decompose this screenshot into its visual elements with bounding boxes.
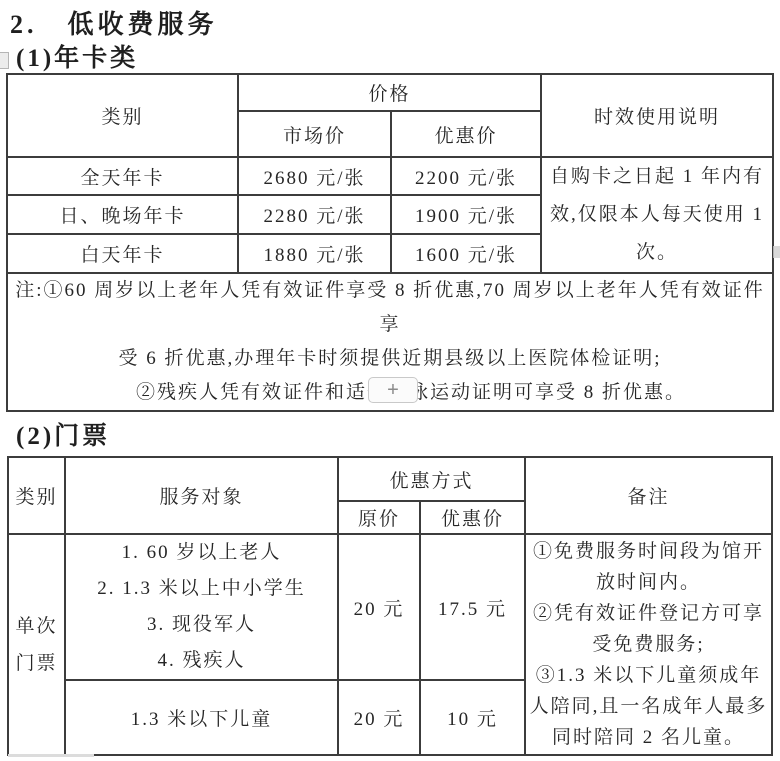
header-cell-category: 类别 <box>7 74 238 157</box>
text-line: 受免费服务; <box>526 629 771 660</box>
table-header-row: 类别 服务对象 优惠方式 备注 <box>8 457 772 501</box>
cell-original-price: 20 元 <box>338 534 420 680</box>
scan-artifact <box>8 754 94 757</box>
header-cell-original-price: 原价 <box>338 501 420 534</box>
text-line: 注:①60 周岁以上老年人凭有效证件享受 8 折优惠,70 周岁以上老年人凭有效… <box>8 274 772 342</box>
header-cell-category: 类别 <box>8 457 65 534</box>
header-cell-market-price: 市场价 <box>238 111 391 157</box>
cell-market-price: 2680 元/张 <box>238 157 391 195</box>
header-cell-discount-price: 优惠价 <box>420 501 525 534</box>
table-header-row: 类别 价格 时效使用说明 <box>7 74 773 111</box>
header-cell-price-group: 价格 <box>238 74 541 111</box>
header-cell-validity: 时效使用说明 <box>541 74 773 157</box>
text-line: ②凭有效证件登记方可享 <box>526 598 771 629</box>
text-line: ①免费服务时间段为馆开 <box>526 536 771 567</box>
table-row: 全天年卡 2680 元/张 2200 元/张 自购卡之日起 1 年内有 效,仅限… <box>7 157 773 195</box>
table-row: 单次门票 1. 60 岁以上老人 2. 1.3 米以上中小学生 3. 现役军人 … <box>8 534 772 680</box>
ticket-table: 类别 服务对象 优惠方式 备注 原价 优惠价 单次门票 1. 60 岁以上老人 … <box>7 456 773 756</box>
cell-original-price: 20 元 <box>338 680 420 755</box>
cell-service-target: 1.3 米以下儿童 <box>65 680 338 755</box>
expand-table-button[interactable]: + <box>368 377 418 403</box>
cell-discount-price: 1900 元/张 <box>391 195 541 234</box>
text-line: 放时间内。 <box>526 567 771 598</box>
header-cell-remarks: 备注 <box>525 457 772 534</box>
page-title: 2. 低收费服务 <box>10 4 218 41</box>
text-line: 人陪同,且一名成年人最多 <box>526 691 771 722</box>
cell-card-type: 日、晚场年卡 <box>7 195 238 234</box>
text-line: 受 6 折优惠,办理年卡时须提供近期县级以上医院体检证明; <box>8 342 772 376</box>
text-line: 效,仅限本人每天使用 1 <box>542 196 772 234</box>
cell-market-price: 1880 元/张 <box>238 234 391 273</box>
section2-heading: (2)门票 <box>16 416 110 452</box>
text-line: 同时陪同 2 名儿童。 <box>526 722 771 753</box>
document-page: 2. 低收费服务 (1)年卡类 类别 价格 时效使用说明 市场价 优惠价 全天年… <box>0 0 780 761</box>
header-cell-discount-method: 优惠方式 <box>338 457 525 501</box>
cell-card-type: 白天年卡 <box>7 234 238 273</box>
text-line: ③1.3 米以下儿童须成年 <box>526 660 771 691</box>
text-line: 自购卡之日起 1 年内有 <box>542 158 772 196</box>
annual-card-table: 类别 价格 时效使用说明 市场价 优惠价 全天年卡 2680 元/张 2200 … <box>6 73 774 412</box>
scan-artifact <box>773 246 780 258</box>
list-item: 1. 60 岁以上老人 <box>66 535 337 571</box>
list-item: 2. 1.3 米以上中小学生 <box>66 571 337 607</box>
cell-ticket-category: 单次门票 <box>8 534 65 755</box>
cell-discount-price: 2200 元/张 <box>391 157 541 195</box>
cell-discount-price: 1600 元/张 <box>391 234 541 273</box>
cell-discount-price: 17.5 元 <box>420 534 525 680</box>
list-item: 4. 残疾人 <box>66 643 337 679</box>
section1-heading: (1)年卡类 <box>16 38 138 74</box>
cell-remarks: ①免费服务时间段为馆开 放时间内。 ②凭有效证件登记方可享 受免费服务; ③1.… <box>525 534 772 755</box>
header-cell-target: 服务对象 <box>65 457 338 534</box>
cell-market-price: 2280 元/张 <box>238 195 391 234</box>
text-line: 次。 <box>542 234 772 272</box>
header-cell-discount-price: 优惠价 <box>391 111 541 157</box>
cell-validity-note: 自购卡之日起 1 年内有 效,仅限本人每天使用 1 次。 <box>541 157 773 273</box>
table-handle-fragment <box>0 52 9 69</box>
list-item: 3. 现役军人 <box>66 607 337 643</box>
cell-discount-price: 10 元 <box>420 680 525 755</box>
cell-card-type: 全天年卡 <box>7 157 238 195</box>
cell-service-targets: 1. 60 岁以上老人 2. 1.3 米以上中小学生 3. 现役军人 4. 残疾… <box>65 534 338 680</box>
